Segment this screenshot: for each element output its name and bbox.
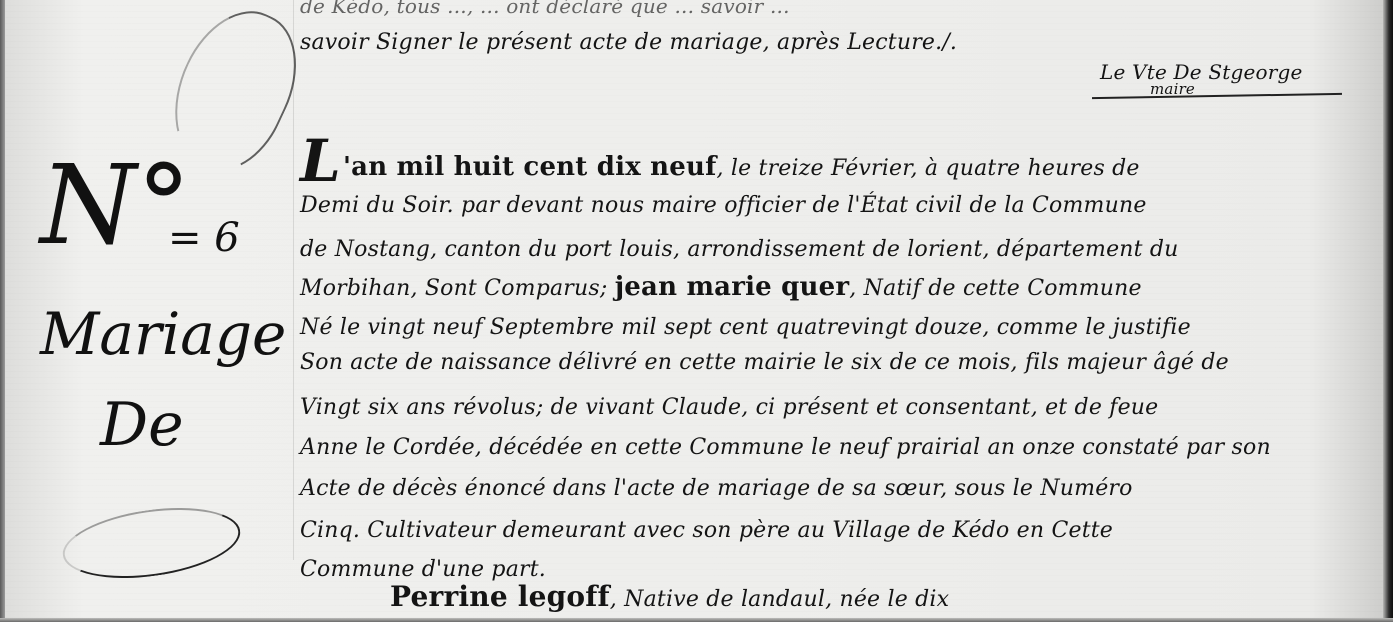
record-line-5: Né le vingt neuf Septembre mil sept cent… <box>300 315 1191 340</box>
mayor-signature: Le Vte De Stgeorge <box>1100 60 1303 84</box>
page-right-edge <box>1383 0 1393 622</box>
record-line-1: L'an mil huit cent dix neuf, le treize F… <box>300 132 1140 190</box>
drop-cap: L <box>300 127 341 195</box>
document-page: N° = 6 Mariage De de Kédo, tous ..., ...… <box>0 0 1393 622</box>
record-line-7: Vingt six ans révolus; de vivant Claude,… <box>300 395 1158 420</box>
page-bottom-edge <box>0 618 1393 622</box>
groom-name: jean marie quer <box>615 272 850 302</box>
signature-flourish <box>1092 93 1342 100</box>
record-number: = 6 <box>168 215 240 261</box>
line-4-start: Morbihan, Sont Comparus; <box>300 276 615 301</box>
record-line-2: Demi du Soir. par devant nous maire offi… <box>300 193 1147 218</box>
margin-flourish-bottom <box>58 498 244 588</box>
previous-record-line: savoir Signer le présent acte de mariage… <box>300 30 957 55</box>
record-line-4: Morbihan, Sont Comparus; jean marie quer… <box>300 272 1142 302</box>
record-line-3: de Nostang, canton du port louis, arrond… <box>300 237 1179 262</box>
line-12-rest: , Native de landaul, née le dix <box>610 587 949 612</box>
record-year: 'an mil huit cent dix neuf <box>343 152 717 182</box>
record-line-6: Son acte de naissance délivré en cette m… <box>300 350 1229 375</box>
margin-title-mariage: Mariage <box>40 300 286 368</box>
margin-title-de: De <box>100 390 184 460</box>
record-line-10: Cinq. Cultivateur demeurant avec son pèr… <box>300 518 1113 543</box>
line-4-rest: , Natif de cette Commune <box>849 276 1141 301</box>
record-number-value: 6 <box>214 215 239 261</box>
record-number-separator: = <box>168 215 202 261</box>
record-line-9: Acte de décès énoncé dans l'acte de mari… <box>300 476 1133 501</box>
page-left-edge <box>0 0 5 622</box>
record-date: , le treize Février, à quatre heures de <box>717 156 1140 181</box>
record-line-12: Perrine legoff, Native de landaul, née l… <box>390 580 949 613</box>
previous-record-cut-line: de Kédo, tous ..., ... ont déclaré que .… <box>300 0 790 18</box>
record-line-11: Commune d'une part. <box>300 557 546 582</box>
bride-name: Perrine legoff <box>390 580 610 613</box>
record-line-8: Anne le Cordée, décédée en cette Commune… <box>300 435 1271 460</box>
